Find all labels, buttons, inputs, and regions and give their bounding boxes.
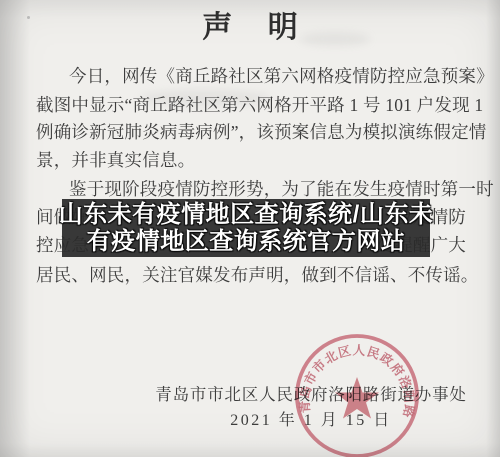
caption-overlay: 山东未有疫情地区查询系统/山东未 有疫情地区查询系统官方网站	[62, 199, 430, 257]
document-title: 声 明	[0, 2, 500, 46]
document-line: 居民、网民，关注官媒发布声明，做到不信谣、不传谣。	[36, 262, 466, 287]
statement-document-photo: 声 明 今日，网传《商丘路社区第六网格疫情防控应急预案》 截图中显示“商丘路社区…	[0, 0, 500, 457]
official-red-seal: 青岛市市北区人民政府洛阳路街道办事处	[291, 333, 423, 457]
document-line: 今日，网传《商丘路社区第六网格疫情防控应急预案》	[36, 63, 466, 88]
document-line: 鉴于现阶段疫情防控形势，为了能在发生疫情时第一时	[36, 176, 466, 201]
document-line: 景，并非真实信息。	[36, 147, 466, 172]
document-line: 例确诊新冠肺炎病毒病例”，该预案信息为模拟演练假定情	[36, 119, 466, 144]
caption-line-1: 山东未有疫情地区查询系统/山东未	[59, 201, 434, 228]
seal-star-icon	[335, 377, 379, 419]
document-line: 截图中显示“商丘路社区第六网格开平路 1 号 101 户发现 1	[36, 92, 466, 117]
caption-line-2: 有疫情地区查询系统官方网站	[87, 228, 406, 255]
